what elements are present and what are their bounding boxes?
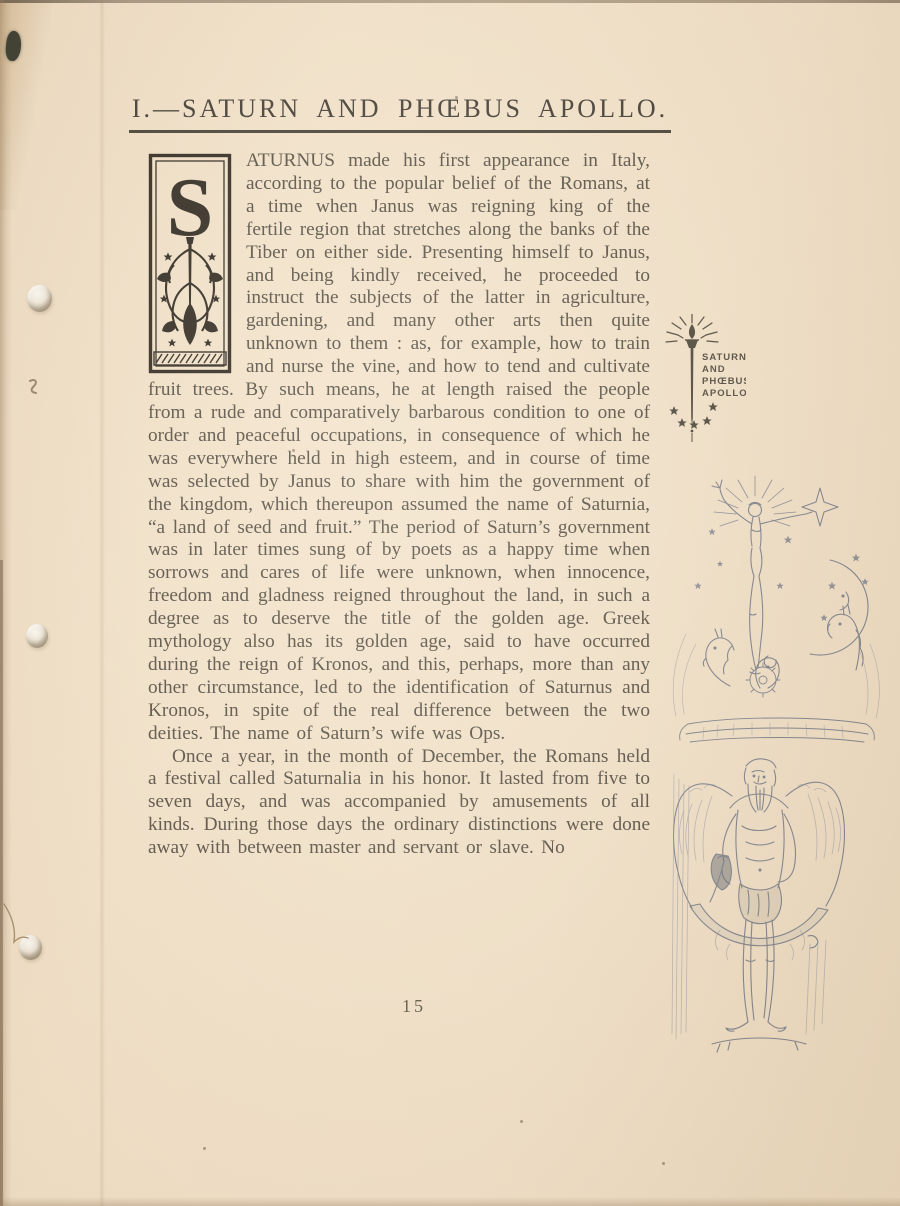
punch-hole [27, 285, 52, 312]
drop-cap-letter: S [167, 161, 214, 254]
paper-blemish [27, 378, 41, 398]
ink-speck [520, 1120, 523, 1123]
binding-crease [99, 0, 105, 1206]
ink-speck [662, 1162, 665, 1165]
drop-cap-initial-woodcut: S [148, 153, 232, 374]
margin-caption-line: PHŒBUS [702, 376, 746, 387]
page-top-edge [0, 0, 900, 3]
paragraph-text: Once a year, in the month of December, t… [148, 746, 650, 859]
page-title: I.—SATURN AND PHŒBUS APOLLO. [129, 94, 671, 133]
margin-caption-line: AND [702, 364, 726, 375]
margin-caption-line: SATURN [702, 352, 746, 363]
scanned-book-page: I.—SATURN AND PHŒBUS APOLLO. [0, 0, 900, 1206]
ink-speck [455, 96, 458, 99]
chapter-heading: I.—SATURN AND PHŒBUS APOLLO. [108, 94, 692, 133]
body-paragraph: S ATURNUS made his first appearance in I… [148, 150, 650, 746]
saturn-apollo-etching [660, 474, 896, 1064]
ink-speck [292, 449, 295, 452]
torch-icon: SATURN AND PHŒBUS APOLLO [662, 314, 746, 456]
page-left-edge-shadow [0, 560, 3, 1206]
body-text-column: S ATURNUS made his first appearance in I… [148, 150, 650, 860]
punch-hole [26, 624, 48, 648]
body-paragraph: Once a year, in the month of December, t… [148, 746, 650, 861]
ink-speck [203, 1147, 206, 1150]
margin-caption-line: APOLLO [702, 388, 746, 399]
page-number: 15 [378, 996, 450, 1017]
paper-scratch [2, 902, 32, 952]
page-bottom-edge [0, 1197, 900, 1206]
star-icons [669, 402, 717, 429]
